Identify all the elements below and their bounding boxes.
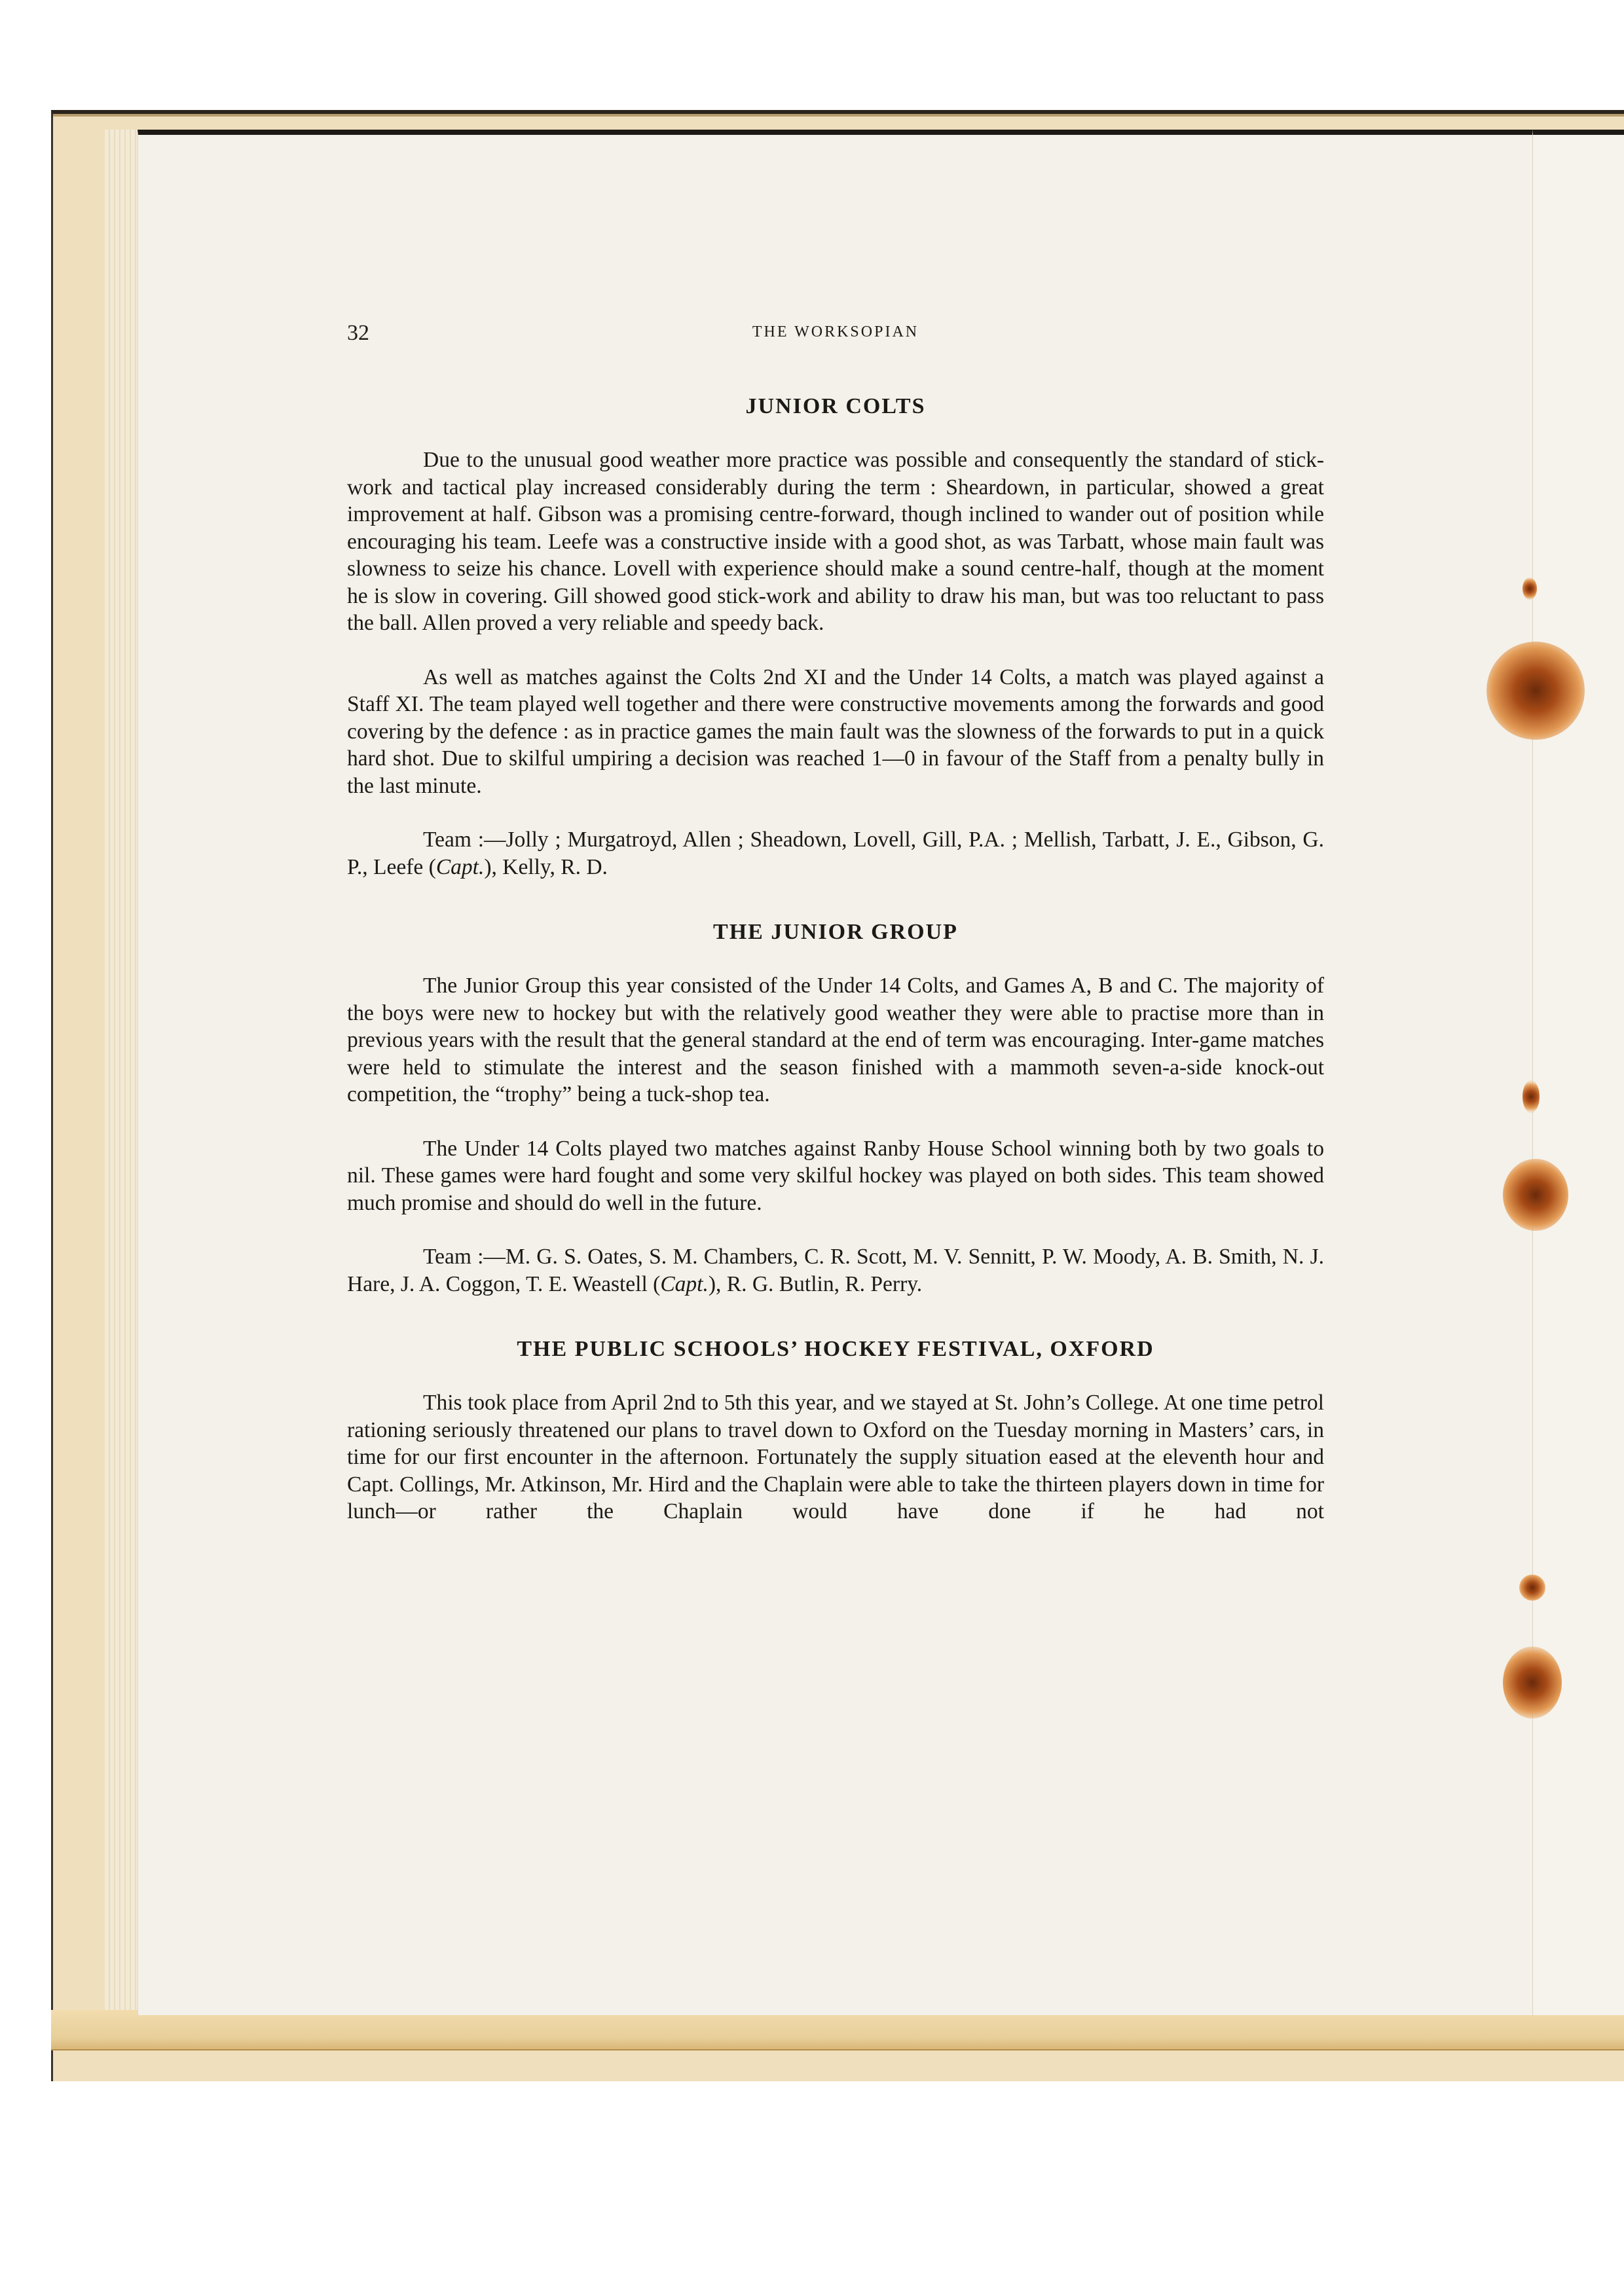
paragraph: This took place from April 2nd to 5th th… [347, 1389, 1324, 1525]
team-list: Team :—Jolly ; Murgatroyd, Allen ; Shead… [347, 826, 1324, 881]
stain-mark [1486, 642, 1585, 740]
section-title-hockey-festival: THE PUBLIC SCHOOLS’ HOCKEY FESTIVAL, OXF… [347, 1338, 1324, 1360]
team-names-end: ), Kelly, R. D. [484, 855, 608, 879]
stain-mark [1503, 1647, 1562, 1719]
paragraph: The Under 14 Colts played two matches ag… [347, 1135, 1324, 1217]
paragraph: The Junior Group this year consisted of … [347, 972, 1324, 1108]
stain-mark [1522, 1080, 1540, 1113]
team-list: Team :—M. G. S. Oates, S. M. Chambers, C… [347, 1243, 1324, 1298]
book-bottom-edge [51, 2010, 1624, 2050]
page-content: 32 THE WORKSOPIAN JUNIOR COLTS Due to th… [347, 321, 1324, 1525]
section-title-junior-group: THE JUNIOR GROUP [347, 921, 1324, 943]
team-names-end: ), R. G. Butlin, R. Perry. [709, 1272, 922, 1296]
stain-mark [1519, 1575, 1545, 1601]
captain-marker: Capt. [660, 1272, 709, 1296]
paragraph: Due to the unusual good weather more pra… [347, 446, 1324, 637]
captain-marker: Capt. [436, 855, 485, 879]
paragraph: As well as matches against the Colts 2nd… [347, 664, 1324, 800]
stain-mark [1503, 1159, 1568, 1231]
facing-page-edge [1532, 130, 1624, 2015]
running-head: 32 THE WORKSOPIAN [347, 321, 1324, 360]
section-title-junior-colts: JUNIOR COLTS [347, 395, 1324, 418]
journal-title: THE WORKSOPIAN [347, 323, 1324, 341]
page-stack-edges [105, 130, 138, 2010]
stain-mark [1522, 577, 1537, 600]
